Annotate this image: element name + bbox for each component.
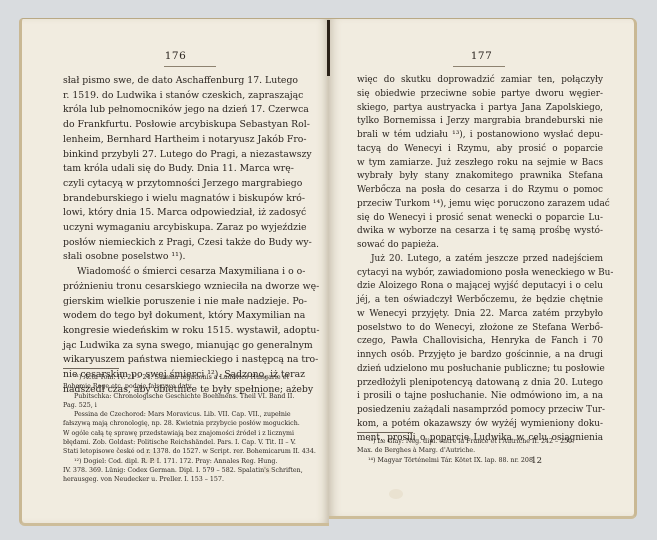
- text-line: uczyni wymaganiu arcybiskupa. Zaraz po w…: [63, 221, 285, 236]
- text-line: słali osobne poselstwo ¹¹).: [63, 250, 285, 265]
- footnote-line: Pag. 525, i: [63, 401, 285, 410]
- footnote-line: Pubitschka: Chronologische Geschichte Bo…: [63, 392, 285, 401]
- footnotes: ¹¹) Acta Tom. IV. 21 – 24: Summa legatio…: [63, 373, 285, 485]
- footnote-line: Stati letopisowe české od r. 1378. do 15…: [63, 447, 285, 456]
- body-text: więc do skutku doprowadzić zamiar ten, p…: [357, 74, 603, 445]
- text-line: cytacyi na wybór, zawiadomiono posła wen…: [357, 267, 603, 281]
- text-line: posłów niemieckich z Pragi, Czesi także …: [63, 236, 285, 251]
- text-line: brali w tém udziału ¹³), i postanowiono …: [357, 129, 603, 143]
- sheet-signature-number: 12: [531, 456, 542, 466]
- text-line: jąc Ludwika za syna swego, mianując go g…: [63, 339, 285, 354]
- text-line: i prosili o tajne posłuchanie. Nie odmów…: [357, 390, 603, 404]
- text-line: wikaryuszem państwa niemieckiego i nastę…: [63, 353, 285, 368]
- text-line: czyli cytacyą w przytomności Jerzego mar…: [63, 177, 285, 192]
- text-line: tacyą do Wenecyi i Rzymu, aby prosić o p…: [357, 143, 603, 157]
- text-line: dzie Aloizego Rona o mającej wyjść deput…: [357, 280, 603, 294]
- text-line: skiego, partya austryacka i partya Jana …: [357, 102, 603, 116]
- text-line: gierskim wielkie poruszenie i nie małe n…: [63, 295, 285, 310]
- text-line: lowi, który dnia 15. Marca odpowiedział,…: [63, 206, 285, 221]
- header-rule: [164, 66, 216, 67]
- text-line: słał pismo swe, de dato Aschaffenburg 17…: [63, 74, 285, 89]
- text-line: czego, Pawła Challovisicha, Henryka de F…: [357, 335, 603, 349]
- text-line: jéj, a ten oświadczył Werbőczemu, że będ…: [357, 294, 603, 308]
- text-line: Już 20. Lutego, a zatém jeszcze przed na…: [357, 253, 603, 267]
- text-line: kongresie wiedeńskim w roku 1515. wystaw…: [63, 324, 285, 339]
- text-line: sować do papieża.: [357, 239, 603, 253]
- paper-stain: [389, 489, 403, 499]
- text-line: kom, a potém okazawszy ów wyżéj wymienio…: [357, 418, 603, 432]
- footnote-line: ¹¹) Acta Tom. IV. 21 – 24: Summa legatio…: [63, 373, 285, 382]
- footnote-rule: [357, 432, 413, 433]
- left-page: 176 słał pismo swe, de dato Aschaffenbur…: [19, 18, 329, 526]
- text-line: w tym zamiarze. Już zeszłego roku na sej…: [357, 157, 603, 171]
- text-line: króla lub pełnomocników jego na dzień 17…: [63, 103, 285, 118]
- text-line: posiedzeniu zażądali nasamprzód pomocy p…: [357, 404, 603, 418]
- open-book: 176 słał pismo swe, de dato Aschaffenbur…: [0, 0, 657, 540]
- text-line: w Wenecyi przyjęty. Dnia 22. Marca zatém…: [357, 308, 603, 322]
- footnote-line: ¹²) Dogiel: Cod. dipl. R. P. I. 171. 172…: [63, 457, 285, 466]
- footnote-line: błędami. Zob. Goldast: Politische Reichs…: [63, 438, 285, 447]
- page-number: 176: [22, 50, 329, 62]
- footnote-line: fałszywą mają chronologię, np. 28. Kwiet…: [63, 419, 285, 428]
- footnote-rule: [63, 368, 119, 369]
- text-line: lenheim, Bernhard Hartheim i notaryusz J…: [63, 133, 285, 148]
- footnote-line: ¹³) Le Glay: Nég. dipl. entre la France …: [357, 437, 603, 446]
- text-line: Wiadomość o śmierci cesarza Maxymiliana …: [63, 265, 285, 280]
- text-line: się do Wenecyi i prosić senat wenecki o …: [357, 212, 603, 226]
- footnotes: ¹³) Le Glay: Nég. dipl. entre la France …: [357, 437, 603, 465]
- text-line: dzień udzielono mu posłuchanie publiczne…: [357, 363, 603, 377]
- footnote-line: Bohemie Rege etc. podaje fałszywe daty.: [63, 382, 285, 391]
- header-rule: [453, 66, 505, 67]
- text-line: więc do skutku doprowadzić zamiar ten, p…: [357, 74, 603, 88]
- text-line: binkind przybyli 27. Lutego do Pragi, a …: [63, 148, 285, 163]
- text-line: tam króla udali się do Budy. Dnia 11. Ma…: [63, 162, 285, 177]
- text-line: przedłożyli plenipotencyą datowaną z dni…: [357, 377, 603, 391]
- text-line: innych osób. Przyjęto je bardzo gościnni…: [357, 349, 603, 363]
- text-line: wodem do tego był dokument, który Maxymi…: [63, 309, 285, 324]
- footnote-line: ¹⁴) Magyar Történelmi Tár. Kötet IX. lap…: [357, 456, 603, 465]
- footnote-line: Pessina de Czechorod: Mars Moravicus. Li…: [63, 410, 285, 419]
- body-text: słał pismo swe, de dato Aschaffenburg 17…: [63, 74, 285, 397]
- text-line: wybrały były stany znakomitego prawnika …: [357, 170, 603, 184]
- text-line: do Frankfurtu. Posłowie arcybiskupa Seba…: [63, 118, 285, 133]
- text-line: dwika w wyborze na cesarza i tę samą pro…: [357, 225, 603, 239]
- text-line: tylko Bornemissa i Jerzy margrabia brand…: [357, 115, 603, 129]
- book-gutter: [327, 20, 330, 76]
- footnote-line: W ogóle całą tę sprawę przedstawiają bez…: [63, 429, 285, 438]
- text-line: poselstwo to do Wenecyi, złożone ze Stef…: [357, 322, 603, 336]
- text-line: r. 1519. do Ludwika i stanów czeskich, z…: [63, 89, 285, 104]
- text-line: próżnieniu tronu cesarskiego wzniecił­a …: [63, 280, 285, 295]
- footnote-line: IV. 378. 369. Lünig: Codex German. Dipl.…: [63, 466, 285, 475]
- right-page: 177 więc do skutku doprowadzić zamiar te…: [329, 18, 637, 519]
- text-line: brandeburskiego i wielu magnatów i bisku…: [63, 192, 285, 207]
- footnote-line: herausgeg. von Neudecker u. Preller. I. …: [63, 475, 285, 484]
- footnote-line: Max. de Berghes à Marg. d'Autriche.: [357, 446, 603, 455]
- page-number: 177: [329, 50, 634, 62]
- text-line: przeciw Turkom ¹⁴), jemu więc poruczono …: [357, 198, 603, 212]
- text-line: Werbőcza na posła do cesarza i do Rzymu …: [357, 184, 603, 198]
- text-line: się obiedwie przeciwne sobie partye dwor…: [357, 88, 603, 102]
